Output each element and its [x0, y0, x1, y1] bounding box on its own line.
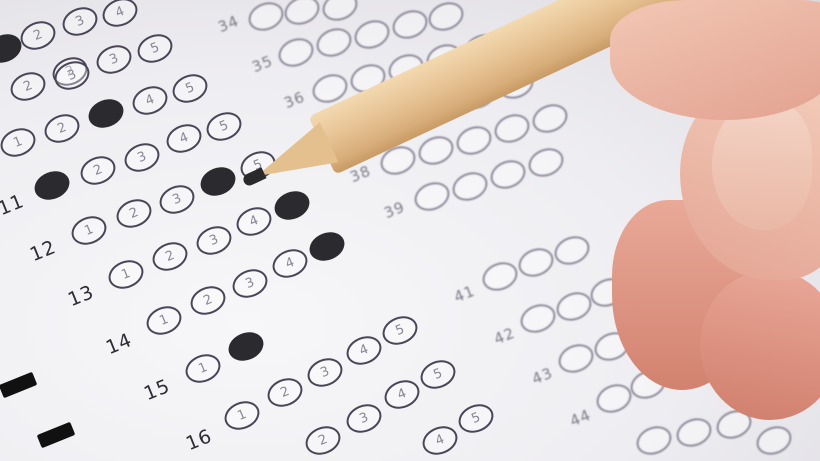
question-number: 43: [529, 364, 555, 389]
answer-bubble: 4: [98, 0, 141, 32]
answer-bubble: [478, 257, 521, 296]
answer-bubble: 5: [378, 311, 421, 350]
answer-bubble: 2: [148, 237, 191, 276]
question-number: 42: [491, 324, 517, 349]
answer-bubble: 1: [67, 211, 110, 250]
answer-bubble: 4: [128, 81, 171, 120]
answer-bubble: 1: [142, 301, 185, 340]
answer-bubble: 3: [192, 221, 235, 260]
question-number: 12: [27, 236, 60, 266]
answer-bubble: 4: [268, 244, 311, 283]
answer-bubble: 5: [416, 355, 459, 394]
answer-bubble: 2: [263, 373, 306, 412]
question-number: 34: [215, 12, 241, 37]
answer-bubble: [486, 155, 529, 194]
answer-bubble: [274, 33, 317, 72]
answer-bubble: [592, 379, 635, 418]
timing-mark: [37, 422, 76, 448]
answer-bubble: 3: [228, 264, 271, 303]
answer-bubble: 5: [168, 69, 211, 108]
answer-bubble: 4: [380, 375, 423, 414]
answer-bubble: [280, 0, 323, 30]
answer-bubble: [632, 421, 675, 460]
answer-bubble: [312, 23, 355, 62]
answer-bubble: 2: [16, 16, 59, 55]
answer-bubble: 2: [40, 109, 83, 148]
answer-bubble: 2: [186, 281, 229, 320]
answer-bubble: [414, 131, 457, 170]
answer-bubble: [448, 167, 491, 206]
answer-bubble: [514, 243, 557, 282]
answer-bubble: [410, 177, 453, 216]
answer-bubble: 4: [418, 421, 461, 460]
answer-bubble: 1: [181, 349, 224, 388]
answer-bubble: 3: [303, 353, 346, 392]
answer-bubble: 5: [202, 107, 245, 146]
answer-bubble: 4: [342, 331, 385, 370]
answer-bubble: 3: [342, 399, 385, 438]
answer-bubble: [424, 0, 467, 36]
answer-bubble: [516, 299, 559, 338]
question-number: 11: [0, 190, 27, 220]
question-number: 39: [381, 198, 407, 223]
question-number: 41: [451, 282, 477, 307]
answer-bubble: 2: [112, 194, 155, 233]
answer-bubble: 2: [301, 421, 344, 460]
filled-answer-bubble: [196, 162, 239, 201]
answer-bubble: [524, 143, 567, 182]
answer-bubble: [318, 0, 361, 26]
timing-mark: [0, 372, 37, 398]
answer-bubble: 3: [58, 2, 101, 41]
question-number: 36: [281, 88, 307, 113]
answer-bubble: [554, 339, 597, 378]
answer-bubble: 3: [155, 180, 198, 219]
answer-bubble: [672, 413, 715, 452]
answer-bubble: [452, 121, 495, 160]
answer-bubble: 5: [133, 29, 176, 68]
filled-answer-bubble: [30, 166, 73, 205]
answer-bubble: [388, 5, 431, 44]
filled-answer-bubble: [224, 327, 267, 366]
answer-bubble: 3: [92, 40, 135, 79]
question-number: 15: [141, 375, 174, 405]
question-number: 14: [103, 329, 136, 359]
answer-bubble: 2: [6, 67, 49, 106]
answer-bubble: [244, 0, 287, 36]
question-number: 35: [249, 52, 275, 77]
question-number: 13: [65, 281, 98, 311]
filled-answer-bubble: [84, 94, 127, 133]
answer-bubble: [552, 287, 595, 326]
question-number: 16: [183, 425, 216, 455]
question-number: 44: [567, 406, 593, 431]
answer-bubble: 2: [76, 151, 119, 190]
answer-bubble: [528, 99, 571, 138]
answer-bubble: 1: [220, 396, 263, 435]
answer-bubble: [490, 109, 533, 148]
answer-bubble: 4: [232, 202, 275, 241]
answer-bubble: 5: [454, 399, 497, 438]
answer-bubble: 1: [104, 255, 147, 294]
answer-bubble: [350, 15, 393, 54]
answer-bubble: 1: [0, 123, 40, 162]
answer-bubble: 3: [50, 56, 93, 95]
answer-bubble: [550, 231, 593, 270]
answer-bubble: [752, 421, 795, 460]
answer-sheet-photo: 2342352345124523523123412341541234512354…: [0, 0, 820, 461]
answer-bubble: 3: [120, 138, 163, 177]
filled-answer-bubble: [305, 227, 348, 266]
answer-bubble: 4: [162, 119, 205, 158]
